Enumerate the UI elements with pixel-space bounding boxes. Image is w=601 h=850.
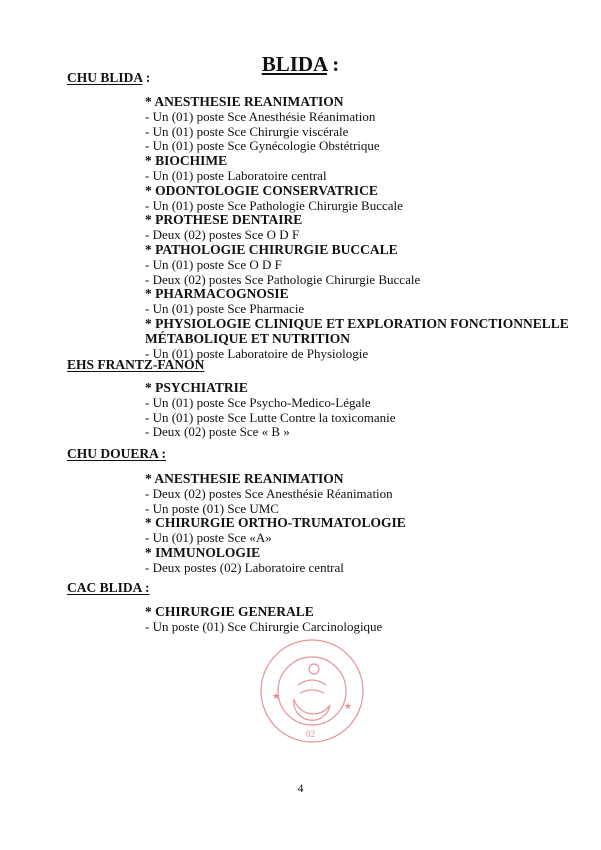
position-item: - Un (01) poste Laboratoire de Physiolog… xyxy=(145,347,569,362)
position-item: - Deux (02) poste Sce « B » xyxy=(145,425,396,440)
specialty-heading: MÉTABOLIQUE ET NUTRITION xyxy=(145,332,569,347)
specialty-heading: * PHARMACOGNOSIE xyxy=(145,287,569,302)
position-item: - Un poste (01) Sce Chirurgie Carcinolog… xyxy=(145,620,382,635)
site-suffix: : xyxy=(142,70,150,85)
specialty-heading: * PSYCHIATRIE xyxy=(145,381,396,396)
specialty-heading: * CHIRURGIE GENERALE xyxy=(145,605,382,620)
specialty-heading: * IMMUNOLOGIE xyxy=(145,546,406,561)
position-item: - Un (01) poste Laboratoire central xyxy=(145,169,569,184)
page-title-suffix: : xyxy=(327,52,339,76)
position-item: - Deux postes (02) Laboratoire central xyxy=(145,561,406,576)
site-heading-chu-douera: CHU DOUERA : xyxy=(67,446,166,462)
svg-text:★: ★ xyxy=(344,701,352,711)
position-item: - Un (01) poste Sce Psycho-Medico-Légale xyxy=(145,396,396,411)
site-block-chu-douera: * ANESTHESIE REANIMATION- Deux (02) post… xyxy=(145,472,406,576)
specialty-heading: * ANESTHESIE REANIMATION xyxy=(145,95,569,110)
site-name: CHU BLIDA xyxy=(67,70,142,85)
position-item: - Deux (02) postes Sce Pathologie Chirur… xyxy=(145,273,569,288)
site-name: CHU DOUERA : xyxy=(67,446,166,461)
position-item: - Deux (02) postes Sce O D F xyxy=(145,228,569,243)
official-stamp: ★ ★ 02 xyxy=(258,637,366,745)
position-item: - Un (01) poste Sce Anesthésie Réanimati… xyxy=(145,110,569,125)
specialty-heading: * PHYSIOLOGIE CLINIQUE ET EXPLORATION FO… xyxy=(145,317,569,332)
page-title-text: BLIDA xyxy=(262,52,327,76)
site-heading-cac-blida: CAC BLIDA : xyxy=(67,580,150,596)
position-item: - Un (01) poste Sce Pathologie Chirurgie… xyxy=(145,199,569,214)
stamp-seal-icon: ★ ★ 02 xyxy=(258,637,366,745)
specialty-heading: * ODONTOLOGIE CONSERVATRICE xyxy=(145,184,569,199)
position-item: - Un (01) poste Sce O D F xyxy=(145,258,569,273)
site-block-ehs-frantz-fanon: * PSYCHIATRIE- Un (01) poste Sce Psycho-… xyxy=(145,381,396,440)
specialty-heading: * ANESTHESIE REANIMATION xyxy=(145,472,406,487)
site-block-chu-blida: * ANESTHESIE REANIMATION- Un (01) poste … xyxy=(145,95,569,361)
position-item: - Un (01) poste Sce Chirurgie viscérale xyxy=(145,125,569,140)
specialty-heading: * BIOCHIME xyxy=(145,154,569,169)
site-name: EHS FRANTZ-FANON xyxy=(67,357,204,372)
position-item: - Deux (02) postes Sce Anesthésie Réanim… xyxy=(145,487,406,502)
specialty-heading: * PROTHESE DENTAIRE xyxy=(145,213,569,228)
position-item: - Un (01) poste Sce Lutte Contre la toxi… xyxy=(145,411,396,426)
position-item: - Un poste (01) Sce UMC xyxy=(145,502,406,517)
specialty-heading: * PATHOLOGIE CHIRURGIE BUCCALE xyxy=(145,243,569,258)
site-heading-ehs-frantz-fanon: EHS FRANTZ-FANON xyxy=(67,357,204,373)
position-item: - Un (01) poste Sce «A» xyxy=(145,531,406,546)
site-heading-chu-blida: CHU BLIDA : xyxy=(67,70,150,86)
svg-text:02: 02 xyxy=(306,729,315,739)
site-name: CAC BLIDA : xyxy=(67,580,150,595)
specialty-heading: * CHIRURGIE ORTHO-TRUMATOLOGIE xyxy=(145,516,406,531)
position-item: - Un (01) poste Sce Gynécologie Obstétri… xyxy=(145,139,569,154)
page-number: 4 xyxy=(0,781,601,796)
position-item: - Un (01) poste Sce Pharmacie xyxy=(145,302,569,317)
svg-text:★: ★ xyxy=(272,691,280,701)
site-block-cac-blida: * CHIRURGIE GENERALE- Un poste (01) Sce … xyxy=(145,605,382,635)
